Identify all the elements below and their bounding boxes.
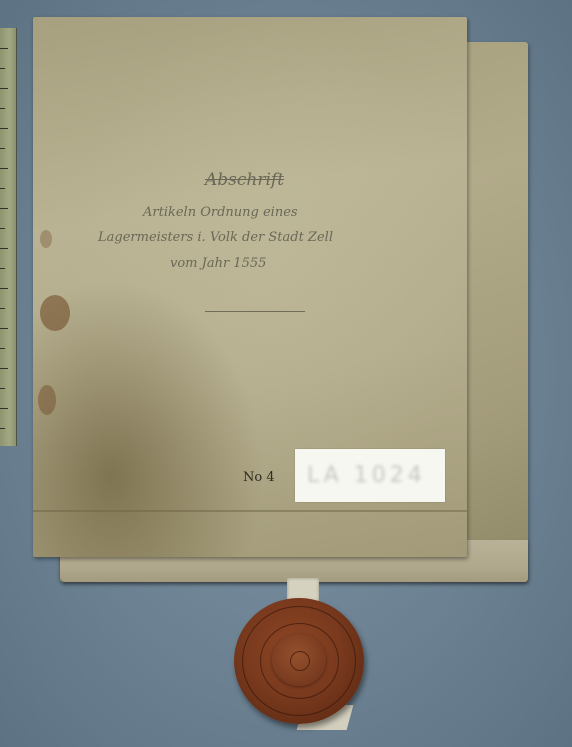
ruler-tick	[0, 348, 5, 349]
ruler-tick	[0, 368, 8, 369]
ruler-tick	[0, 308, 5, 309]
fold-crease	[33, 510, 467, 512]
ruler-tick	[0, 388, 5, 389]
measuring-ruler	[0, 28, 17, 446]
number-mark: No 4	[243, 470, 275, 485]
handwritten-line-2: Lagermeisters i. Volk der Stadt Zell	[98, 230, 333, 245]
ruler-tick	[0, 428, 5, 429]
handwritten-title: Abschrift	[205, 170, 284, 190]
seal-center-boss	[272, 634, 326, 686]
ruler-tick	[0, 188, 5, 189]
ruler-tick	[0, 248, 8, 249]
ruler-tick	[0, 408, 8, 409]
ruler-tick	[0, 48, 8, 49]
ruler-tick	[0, 128, 8, 129]
stain	[38, 385, 56, 415]
handwritten-line-1: Artikeln Ordnung eines	[143, 205, 298, 220]
stain	[40, 295, 70, 331]
ruler-tick	[0, 288, 8, 289]
ruler-tick	[0, 228, 5, 229]
archive-label: LA 1024	[295, 449, 445, 502]
handwritten-underline	[205, 311, 305, 312]
stain	[40, 230, 52, 248]
ruler-tick	[0, 148, 5, 149]
handwritten-line-3: vom Jahr 1555	[170, 256, 266, 271]
wooden-seal-box	[234, 598, 364, 724]
seal-center-ring	[290, 651, 310, 671]
ruler-tick	[0, 68, 5, 69]
ruler-tick	[0, 268, 5, 269]
ruler-tick	[0, 328, 8, 329]
archive-label-text: LA 1024	[307, 463, 426, 488]
ruler-tick	[0, 108, 5, 109]
ruler-tick	[0, 208, 8, 209]
ruler-tick	[0, 168, 8, 169]
ruler-tick	[0, 88, 8, 89]
